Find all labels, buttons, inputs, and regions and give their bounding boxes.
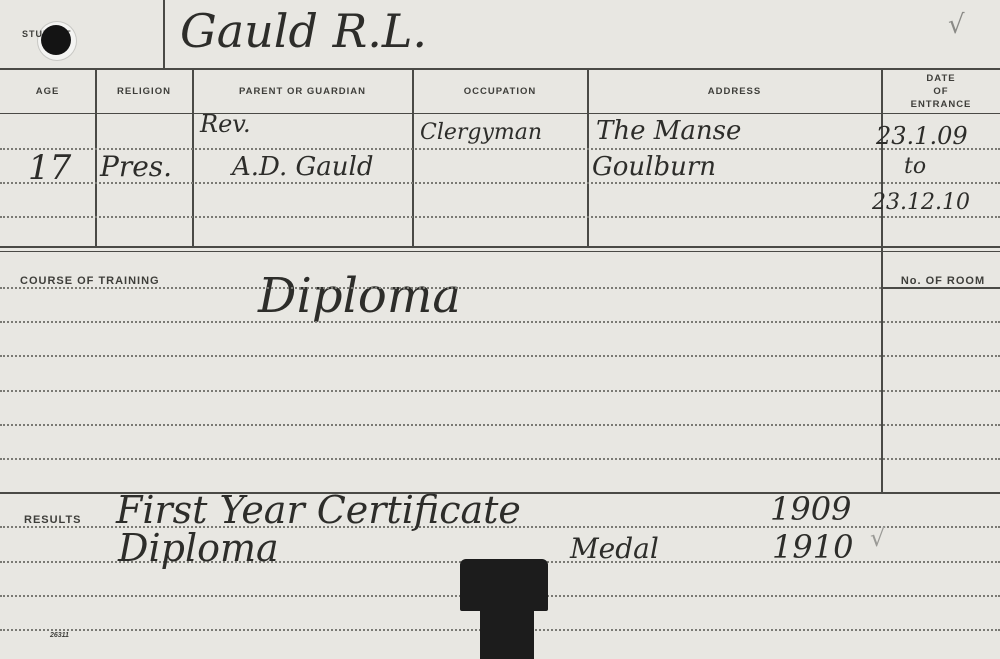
index-tab-stem [480,600,534,659]
dotted-rule [0,216,1000,218]
occupation-value: Clergyman [420,120,542,145]
check-mark-icon: √ [948,10,965,40]
dotted-rule [0,424,1000,426]
address-line-1: The Manse [596,116,741,146]
religion-value: Pres. [100,150,172,183]
date-to-word: to [904,154,926,179]
col-header-age: AGE [0,86,95,97]
rule [0,68,1000,70]
col-header-date: DATE OF ENTRANCE [882,72,1000,111]
results-label: RESULTS [24,514,82,526]
room-label: No. OF ROOM [888,275,998,287]
course-value: Diploma [258,268,461,324]
dotted-rule [0,355,1000,357]
date-from: 23.1.09 [876,122,968,150]
result-note: Medal [570,532,659,565]
col-header-address: ADDRESS [588,86,881,97]
rule [0,246,1000,248]
dotted-rule [0,287,881,289]
punch-hole [41,25,71,55]
address-line-2: Goulburn [592,152,716,182]
age-value: 17 [28,148,71,188]
date-label-line: OF [882,85,1000,98]
date-to: 23.12.10 [872,190,970,215]
date-label-line: DATE [882,72,1000,85]
rule [0,251,1000,252]
parent-name: A.D. Gauld [232,152,373,182]
dotted-rule [0,321,1000,323]
result-year: 1910 [772,528,853,566]
rule [881,287,1000,289]
student-record-card: STUDENT Gauld R.L. √ AGE RELIGION PARENT… [0,0,1000,659]
dotted-rule [0,458,1000,460]
rule [0,113,1000,114]
divider [163,0,165,68]
tick-mark-icon: √ [870,524,885,552]
student-name: Gauld R.L. [180,4,427,58]
result-text: Diploma [118,526,279,570]
result-year: 1909 [770,490,851,528]
col-header-parent: PARENT OR GUARDIAN [193,86,412,97]
col-header-occupation: OCCUPATION [413,86,587,97]
form-number: 26311 [50,632,69,639]
col-header-religion: RELIGION [96,86,192,97]
course-label: COURSE OF TRAINING [20,275,160,287]
date-label-line: ENTRANCE [882,98,1000,111]
dotted-rule [0,390,1000,392]
parent-title: Rev. [200,110,251,138]
